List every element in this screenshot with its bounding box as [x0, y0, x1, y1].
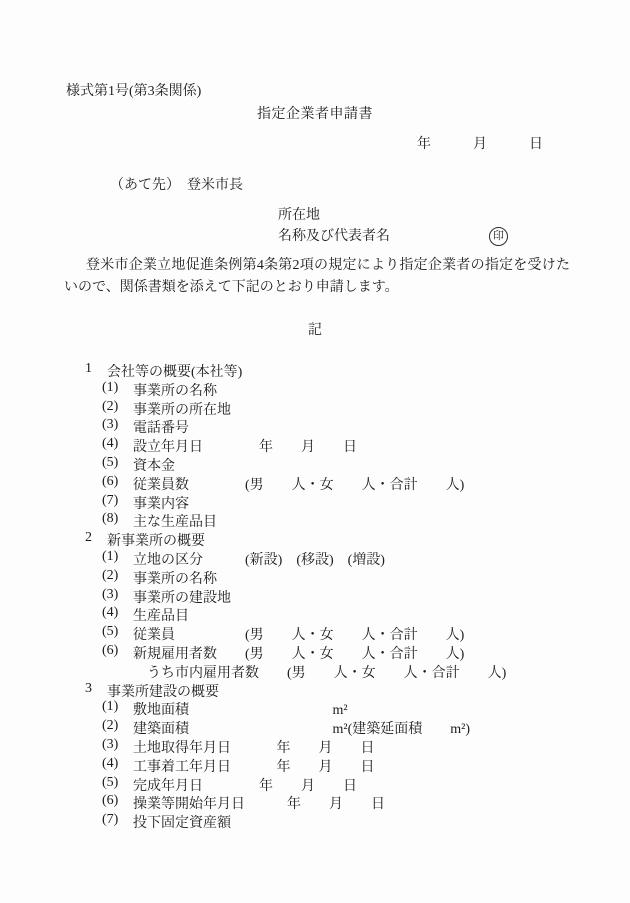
item-number: (3) [102, 587, 118, 603]
item-row: うち市内雇用者数 (男 人・女 人・合計 人) [0, 661, 630, 680]
section-row: 2新事業所の概要 [0, 529, 630, 548]
date-line: 年 月 日 [417, 133, 543, 153]
item-row: (1)敷地面積 m² [0, 698, 630, 717]
item-row: (2)事業所の所在地 [0, 398, 630, 417]
outline-list: 1会社等の概要(本社等)(1)事業所の名称(2)事業所の所在地(3)電話番号(4… [0, 360, 630, 830]
item-row: (8)主な生産品目 [0, 510, 630, 529]
item-row: (3)電話番号 [0, 416, 630, 435]
item-number: (6) [102, 643, 118, 659]
item-row: (6)従業員数(男 人・女 人・合計 人) [0, 473, 630, 492]
item-number: (7) [102, 493, 118, 509]
item-number: (1) [102, 699, 118, 715]
section-row: 3事業所建設の概要 [0, 680, 630, 699]
item-row: (5)従業員(男 人・女 人・合計 人) [0, 623, 630, 642]
section-number: 3 [85, 681, 92, 697]
item-number: (5) [102, 455, 118, 471]
item-number: (3) [102, 737, 118, 753]
item-row: (4)設立年月日 年 月 日 [0, 435, 630, 454]
item-row: (1)立地の区分(新設) (移設) (増設) [0, 548, 630, 567]
item-number: (8) [102, 511, 118, 527]
item-number: (6) [102, 474, 118, 490]
seal-mark-icon: 印 [489, 227, 508, 246]
item-row: (6)操業等開始年月日 年 月 日 [0, 792, 630, 811]
item-row: (2)建築面積 m²(建築延面積 m²) [0, 717, 630, 736]
item-row: (4)工事着工年月日 年 月 日 [0, 755, 630, 774]
item-number: (5) [102, 775, 118, 791]
section-row: 1会社等の概要(本社等) [0, 360, 630, 379]
item-row: (7)事業内容 [0, 492, 630, 511]
document-title: 指定企業者申請書 [0, 103, 630, 123]
list-heading: 記 [0, 319, 630, 339]
item-number: (5) [102, 624, 118, 640]
item-row: (3)土地取得年月日 年 月 日 [0, 736, 630, 755]
item-row: (5)資本金 [0, 454, 630, 473]
item-row: (5)完成年月日 年 月 日 [0, 774, 630, 793]
section-number: 2 [85, 530, 92, 546]
item-label: 投下固定資産額 [133, 812, 231, 832]
application-statement: 登米市企業立地促進条例第4条第2項の規定により指定企業者の指定を受けたいので、関… [64, 255, 570, 298]
item-row: (4)生産品目 [0, 604, 630, 623]
section-number: 1 [85, 361, 92, 377]
item-number: (1) [102, 380, 118, 396]
item-row: (1)事業所の名称 [0, 379, 630, 398]
item-row: (3)事業所の建設地 [0, 586, 630, 605]
item-number: (2) [102, 568, 118, 584]
application-form-page: 様式第1号(第3条関係) 指定企業者申請書 年 月 日 （あて先） 登米市長 所… [0, 0, 630, 903]
item-number: (3) [102, 417, 118, 433]
item-number: (6) [102, 793, 118, 809]
item-number: (4) [102, 605, 118, 621]
item-row: (7)投下固定資産額 [0, 811, 630, 830]
item-number: (2) [102, 718, 118, 734]
item-number: (1) [102, 549, 118, 565]
item-number: (4) [102, 756, 118, 772]
form-number: 様式第1号(第3条関係) [66, 80, 201, 100]
item-row: (6)新規雇用者数(男 人・女 人・合計 人) [0, 642, 630, 661]
address-field-label: 所在地 [278, 204, 320, 224]
item-number: (4) [102, 436, 118, 452]
addressee-line: （あて先） 登米市長 [110, 174, 243, 194]
item-row: (2)事業所の名称 [0, 567, 630, 586]
item-number: (2) [102, 399, 118, 415]
name-representative-field-label: 名称及び代表者名 [278, 225, 390, 245]
item-number: (7) [102, 812, 118, 828]
